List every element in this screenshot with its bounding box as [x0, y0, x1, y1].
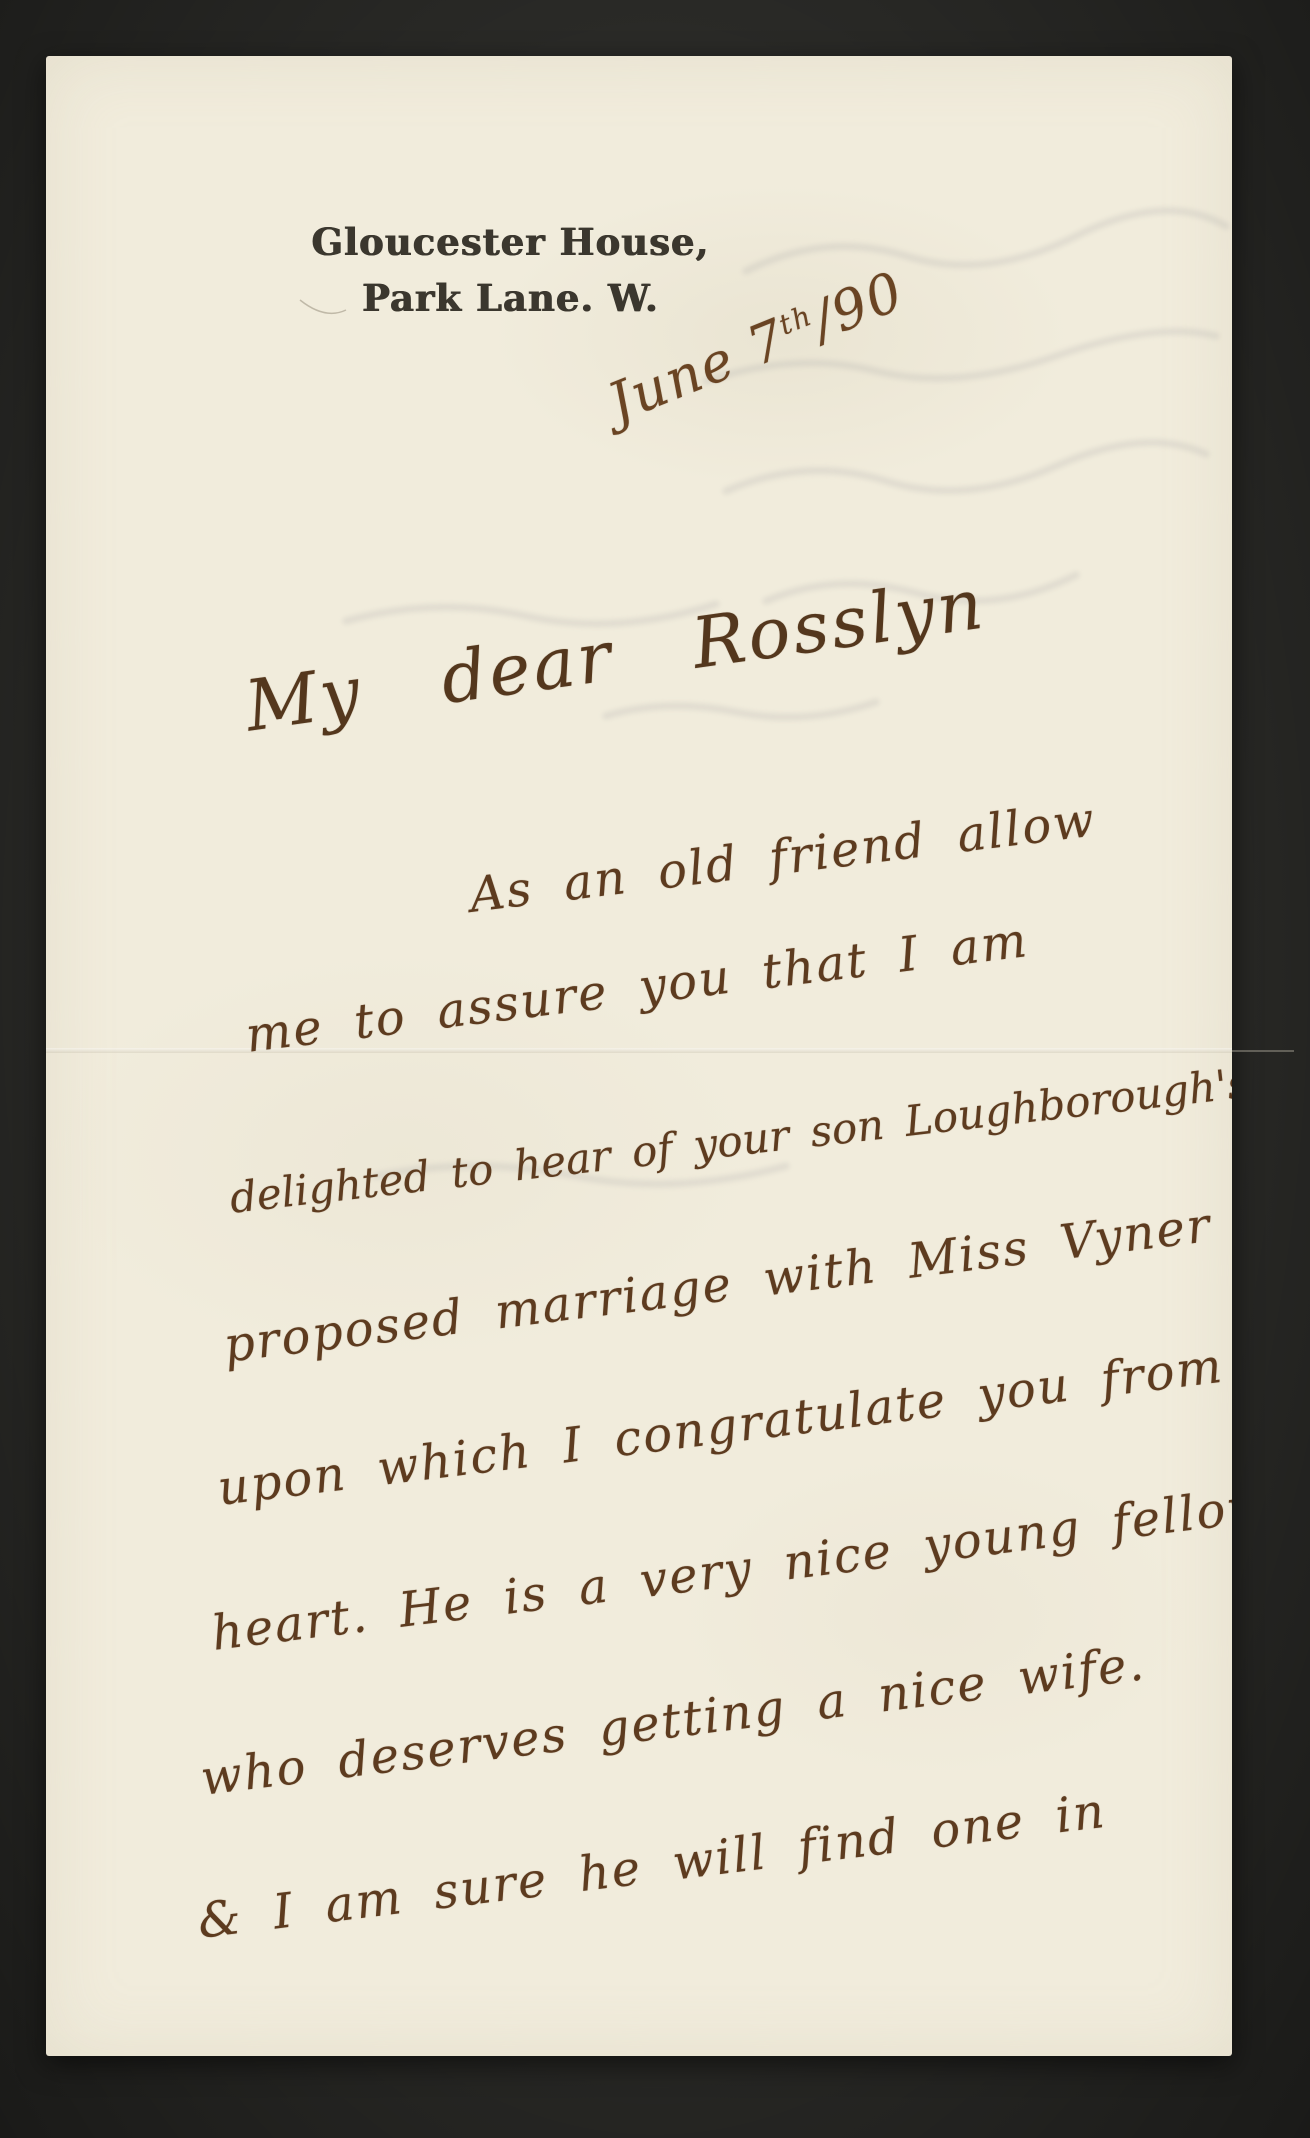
- letter-page: Gloucester House, Park Lane. W. June 7th…: [46, 56, 1232, 2056]
- scanned-letter-photo: { "colors": { "background": "#2a2a27", "…: [0, 0, 1310, 2138]
- letterhead-line-1: Gloucester House,: [210, 224, 810, 261]
- horizontal-fold-crease: [46, 1048, 1232, 1053]
- background-scratch-line: [1232, 1050, 1294, 1052]
- letterhead-line-2: Park Lane. W.: [210, 280, 810, 317]
